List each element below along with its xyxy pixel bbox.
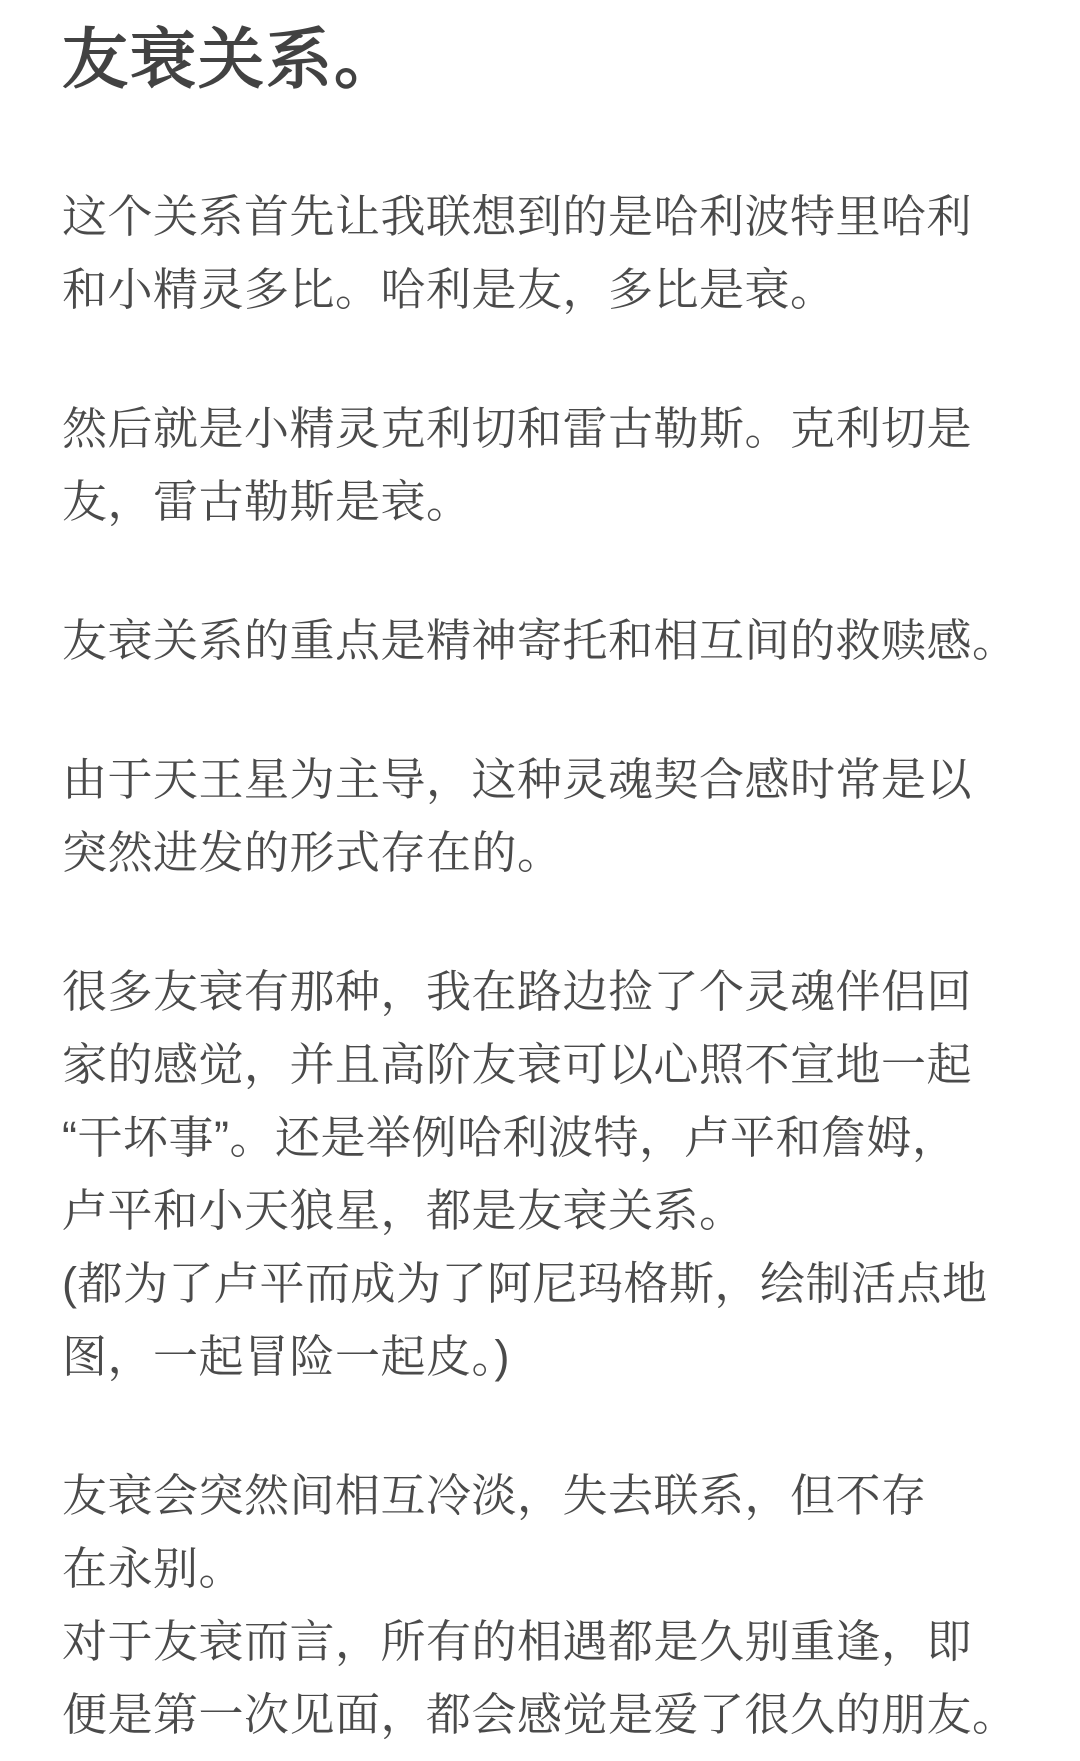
text-line: 友衰会突然间相互冷淡，失去联系，但不存 <box>62 1459 1030 1532</box>
paragraph: 由于天王星为主导，这种灵魂契合感时常是以突然进发的形式存在的。 <box>62 743 1030 889</box>
text-line: 卢平和小天狼星，都是友衰关系。 <box>62 1174 1030 1247</box>
text-line: 在永别。 <box>62 1532 1030 1605</box>
text-line: 图，一起冒险一起皮。) <box>62 1320 1030 1393</box>
text-line: 友，雷古勒斯是衰。 <box>62 465 1030 538</box>
text-line: 对于友衰而言，所有的相遇都是久别重逢，即 <box>62 1605 1030 1678</box>
page-title: 友衰关系。 <box>62 14 1030 104</box>
text-line: 突然进发的形式存在的。 <box>62 816 1030 889</box>
text-line: 便是第一次见面，都会感觉是爱了很久的朋友。 <box>62 1678 1030 1751</box>
text-line: 和小精灵多比。哈利是友，多比是衰。 <box>62 253 1030 326</box>
text-line: 很多友衰有那种，我在路边捡了个灵魂伴侣回 <box>62 955 1030 1028</box>
text-line: 然后就是小精灵克利切和雷古勒斯。克利切是 <box>62 392 1030 465</box>
text-line: “干坏事”。还是举例哈利波特，卢平和詹姆， <box>62 1101 1030 1174</box>
paragraph: 很多友衰有那种，我在路边捡了个灵魂伴侣回家的感觉，并且高阶友衰可以心照不宣地一起… <box>62 955 1030 1393</box>
text-line: 这个关系首先让我联想到的是哈利波特里哈利 <box>62 180 1030 253</box>
paragraph: 然后就是小精灵克利切和雷古勒斯。克利切是友，雷古勒斯是衰。 <box>62 392 1030 538</box>
text-line: 家的感觉，并且高阶友衰可以心照不宣地一起 <box>62 1028 1030 1101</box>
paragraph: 这个关系首先让我联想到的是哈利波特里哈利和小精灵多比。哈利是友，多比是衰。 <box>62 180 1030 326</box>
article: 友衰关系。 这个关系首先让我联想到的是哈利波特里哈利和小精灵多比。哈利是友，多比… <box>0 0 1080 1761</box>
text-line: (都为了卢平而成为了阿尼玛格斯，绘制活点地 <box>62 1247 1030 1320</box>
paragraph: 友衰会突然间相互冷淡，失去联系，但不存在永别。对于友衰而言，所有的相遇都是久别重… <box>62 1459 1030 1751</box>
paragraph: 友衰关系的重点是精神寄托和相互间的救赎感。 <box>62 604 1030 677</box>
paragraph-list: 这个关系首先让我联想到的是哈利波特里哈利和小精灵多比。哈利是友，多比是衰。然后就… <box>62 180 1030 1751</box>
text-line: 友衰关系的重点是精神寄托和相互间的救赎感。 <box>62 604 1030 677</box>
text-line: 由于天王星为主导，这种灵魂契合感时常是以 <box>62 743 1030 816</box>
